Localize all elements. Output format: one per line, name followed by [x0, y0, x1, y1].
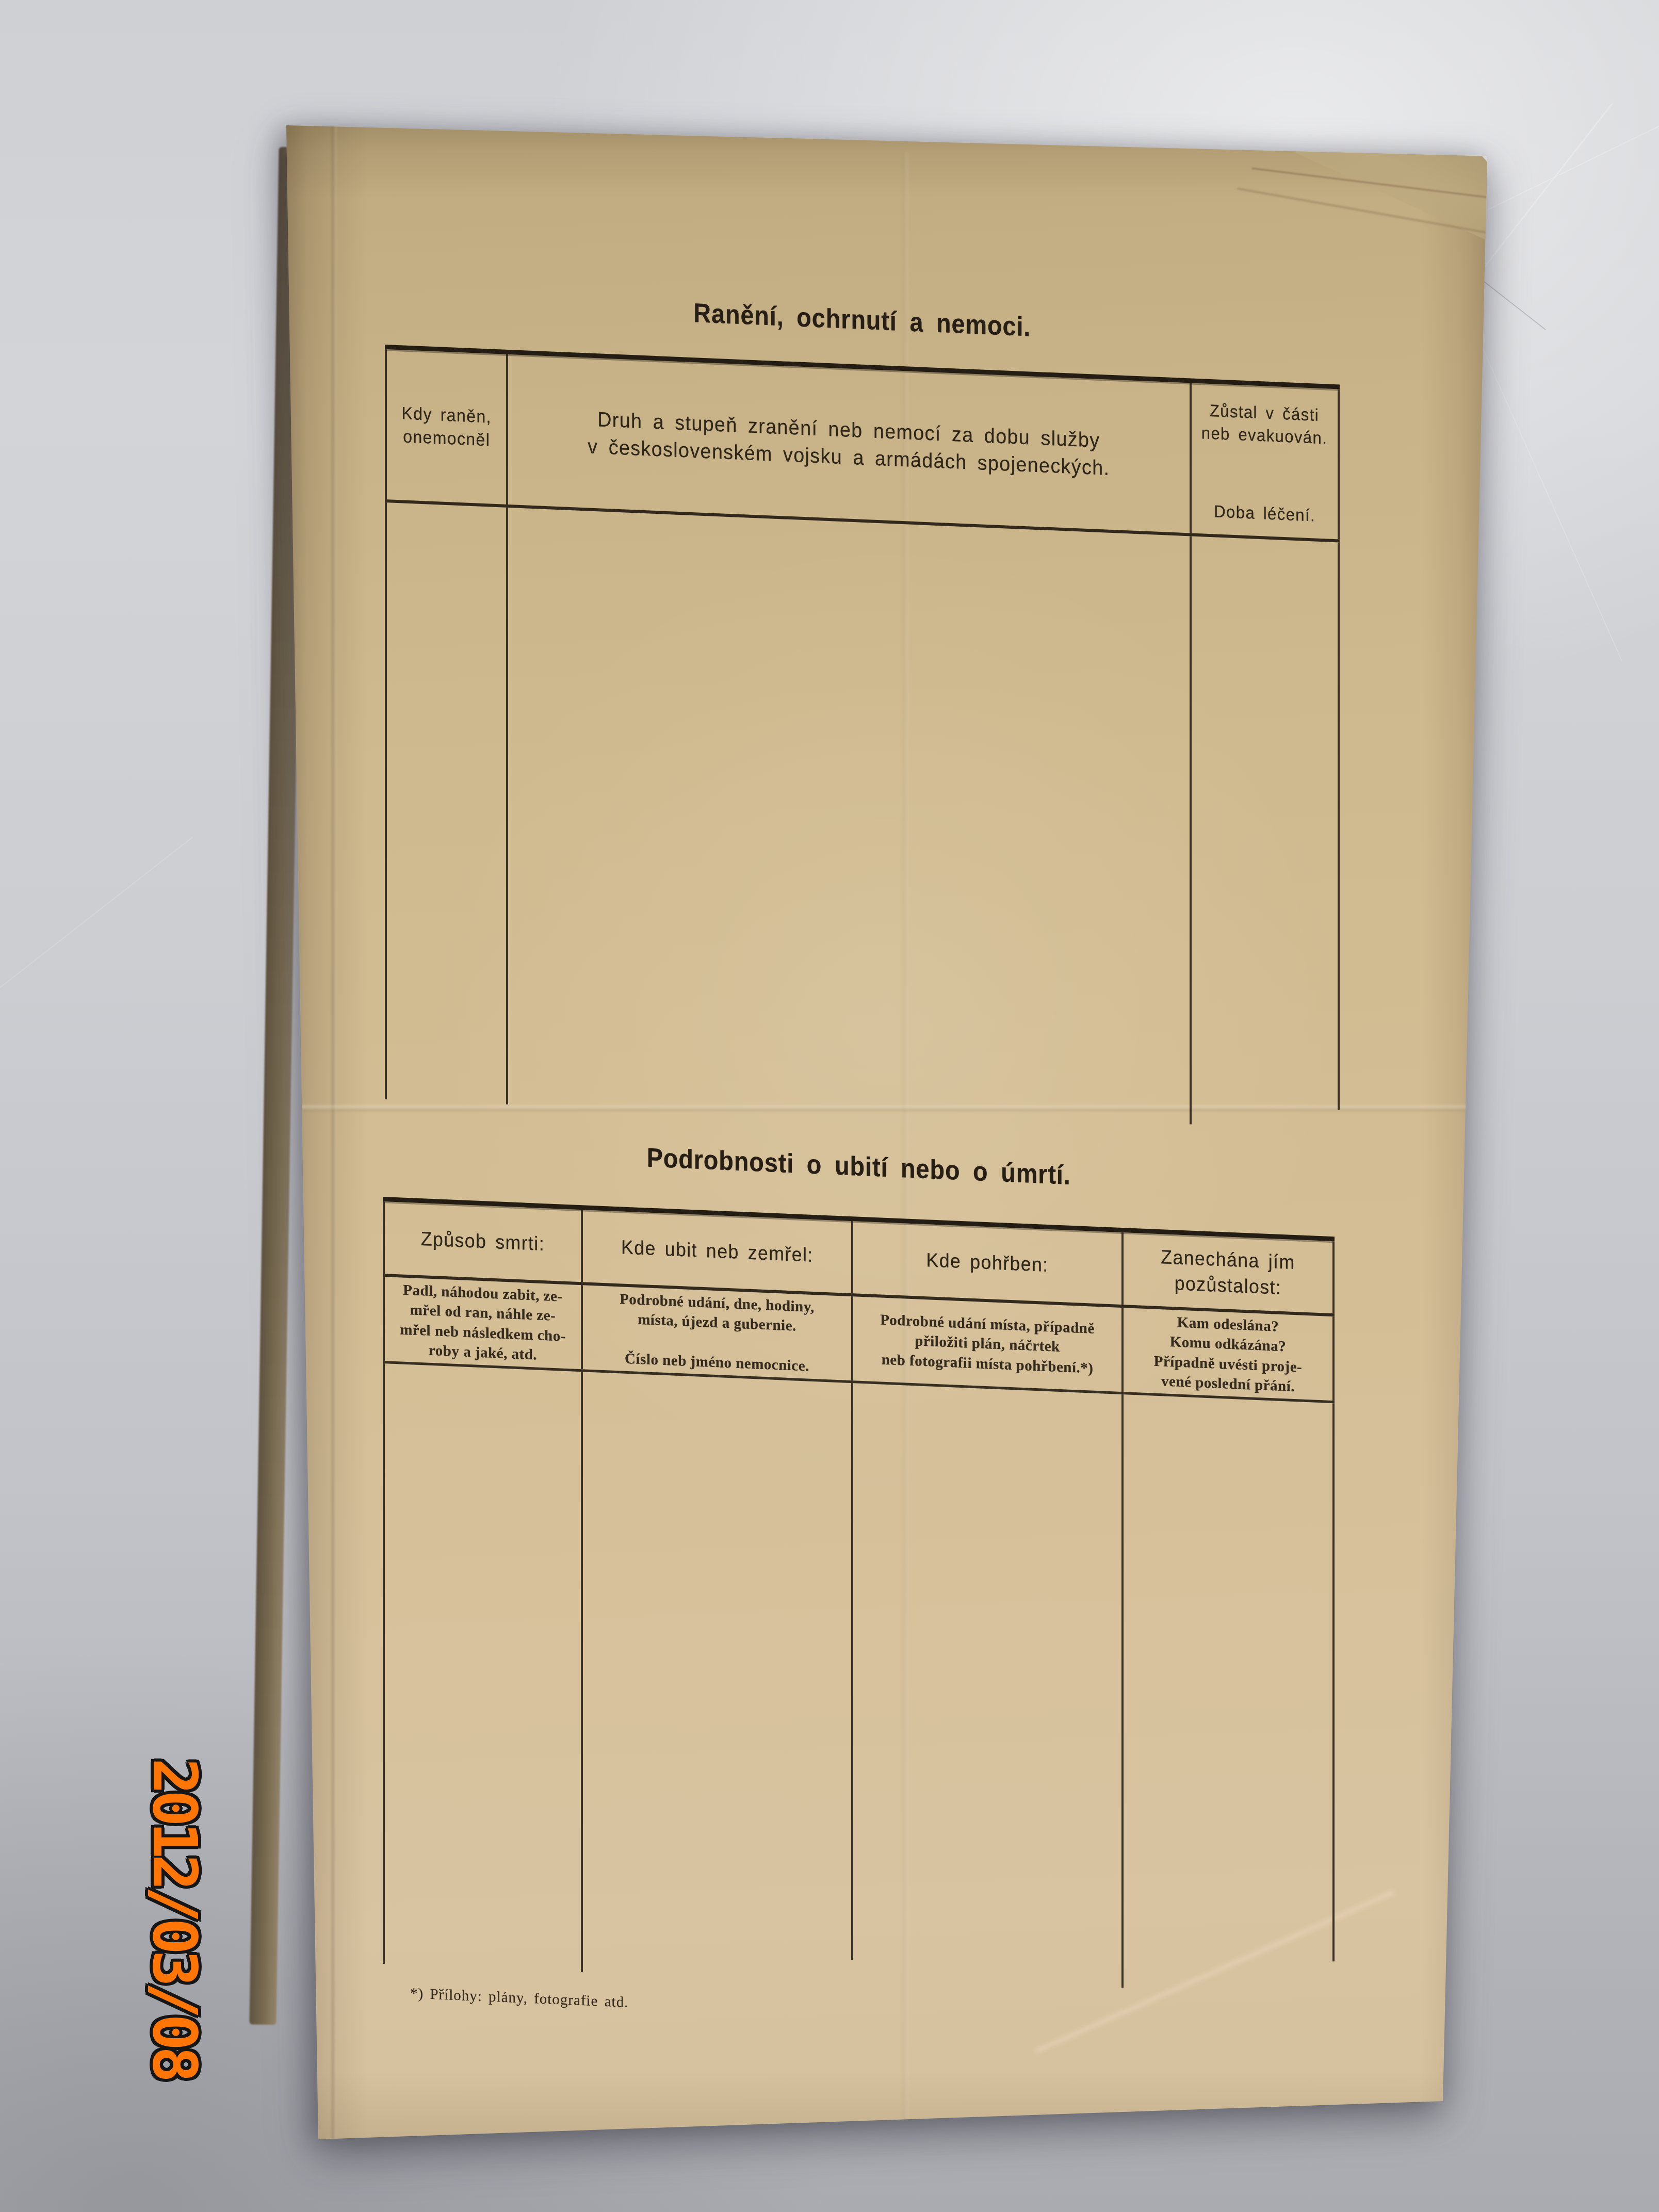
- document-paper-wrapper: Ranění, ochrnutí a nemoci. Kdy raněn, on…: [0, 0, 1659, 2212]
- header-cell-when-wounded: Kdy raněn, onemocněl: [385, 349, 508, 505]
- header-cell-estate-left: Zanechána jím pozůstalost:: [1124, 1232, 1335, 1313]
- header-cell-kind-of-wound: Druh a stupeň zranění neb nemocí za dobu…: [508, 354, 1192, 533]
- attachments-footnote: *) Přílohy: plány, fotografie atd.: [410, 1985, 628, 2011]
- column-subheader-note: Podrobné udání místa, případně přiložiti…: [880, 1310, 1095, 1378]
- top-right-corner-fold: [1268, 118, 1490, 242]
- column-header-sublabel: Doba léčení.: [1214, 500, 1315, 527]
- subheader-cell-estate-left: Kam odeslána? Komu odkázána? Případně uv…: [1124, 1308, 1335, 1401]
- empty-body-cell: [583, 1372, 853, 1960]
- column-header-label: Druh a stupeň zranění neb nemocí za dobu…: [588, 405, 1110, 482]
- header-cell-remained-or-evacuated: Zůstal v části neb evakuován. Doba léčen…: [1192, 383, 1340, 540]
- subheader-cell-where-died: Podrobné udání, dne, hodiny, místa, újez…: [583, 1285, 853, 1380]
- subheader-cell-manner-of-death: Padl, náhodou zabit, ze- mřel od ran, ná…: [383, 1277, 583, 1369]
- subheader-cell-where-buried: Podrobné udání místa, případně přiložiti…: [853, 1296, 1124, 1392]
- section-death-details: Podrobnosti o ubití nebo o úmrtí. Způsob…: [383, 1130, 1337, 2093]
- death-table-body-row: [383, 1363, 1335, 2004]
- header-cell-manner-of-death: Způsob smrti:: [383, 1201, 583, 1282]
- empty-body-cell: [1192, 536, 1340, 1110]
- empty-body-cell: [853, 1383, 1124, 1988]
- left-fold-crease: [332, 121, 337, 2143]
- document-paper: Ranění, ochrnutí a nemoci. Kdy raněn, on…: [286, 121, 1488, 2143]
- column-header-label: Kde ubit neb zemřel:: [621, 1234, 814, 1268]
- column-header-label: Zůstal v části neb evakuován.: [1201, 399, 1327, 449]
- empty-body-cell: [383, 1363, 583, 1972]
- empty-body-cell: [508, 508, 1192, 1125]
- section-wounds-and-illnesses: Ranění, ochrnutí a nemoci. Kdy raněn, on…: [385, 281, 1344, 1188]
- column-header-label: Způsob smrti:: [421, 1226, 545, 1257]
- empty-body-cell: [385, 502, 508, 1104]
- header-cell-where-buried: Kde pohřben:: [853, 1221, 1124, 1305]
- column-subheader-note: Kam odeslána? Komu odkázána? Případně uv…: [1154, 1312, 1303, 1397]
- column-subheader-note: Padl, náhodou zabit, ze- mřel od ran, ná…: [400, 1280, 566, 1366]
- camera-date-stamp: 2012/03/08: [144, 1758, 205, 2078]
- empty-body-cell: [1124, 1394, 1335, 1961]
- table1-title: Ranění, ochrnutí a nemoci.: [385, 285, 1340, 356]
- column-subheader-note: Podrobné udání, dne, hodiny, místa, újez…: [620, 1289, 815, 1376]
- column-header-label: Kde pohřben:: [926, 1247, 1048, 1278]
- photo-background: Ranění, ochrnutí a nemoci. Kdy raněn, on…: [0, 0, 1659, 2212]
- wounds-table: Kdy raněn, onemocněl Druh a stupeň zraně…: [385, 345, 1340, 1140]
- header-cell-where-died: Kde ubit neb zemřel:: [583, 1210, 853, 1293]
- column-header-label: Zanechána jím pozůstalost:: [1161, 1244, 1295, 1302]
- death-details-table: Způsob smrti: Kde ubit neb zemřel: Kde p…: [383, 1197, 1335, 2004]
- column-header-label: Kdy raněn, onemocněl: [401, 402, 491, 452]
- wounds-table-body-row: [385, 502, 1340, 1140]
